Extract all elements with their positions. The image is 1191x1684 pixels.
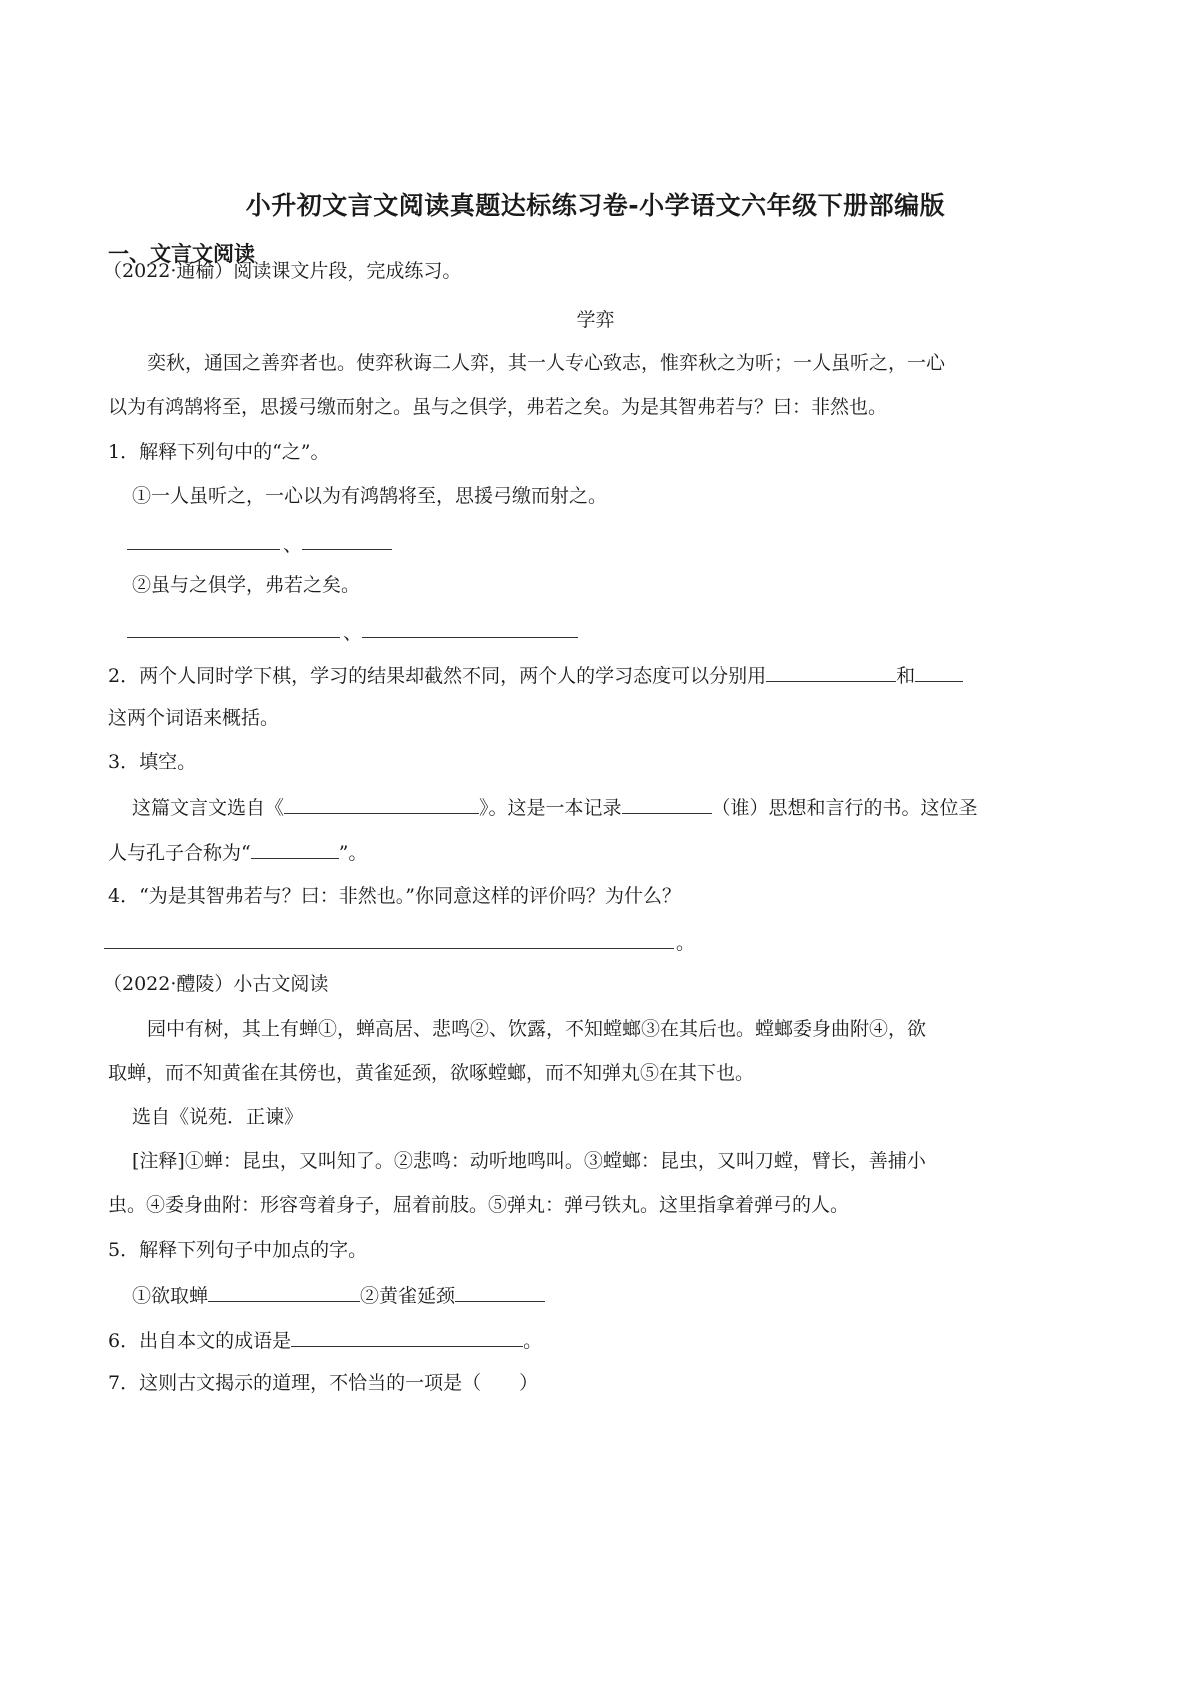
separator: 、 bbox=[343, 618, 362, 645]
question-4-stem: 4．“为是其智弗若与？曰：非然也。”你同意这样的评价吗？为什么？ bbox=[108, 883, 681, 909]
question-1-item-1: ①一人虽听之，一心以为有鸿鹄将至，思援弓缴而射之。 bbox=[132, 483, 607, 509]
question-5-stem: 5．解释下列句子中加点的字。 bbox=[108, 1237, 367, 1263]
passage1-source: （2022·通榆）阅读课文片段，完成练习。 bbox=[103, 258, 461, 284]
question-1-stem: 1．解释下列句中的“之”。 bbox=[108, 439, 330, 465]
question-6-stem: 6．出自本文的成语是。 bbox=[108, 1326, 542, 1354]
question-2-stem: 2．两个人同时学下棋，学习的结果却截然不同，两个人的学习态度可以分别用和 bbox=[108, 661, 963, 689]
passage2-notes-line: [注释]①蝉：昆虫，又叫知了。②悲鸣：动听地鸣叫。③螳螂：昆虫，又叫刀螳，臂长，… bbox=[132, 1148, 926, 1174]
question-5-items: ①欲取蝉②黄雀延颈 bbox=[132, 1281, 545, 1309]
answer-blank[interactable] bbox=[362, 637, 578, 638]
answer-blank[interactable] bbox=[208, 1281, 360, 1302]
question-3-fill-line: 这篇文言文选自《》。这是一本记录（谁）思想和言行的书。这位圣 bbox=[132, 793, 978, 821]
question-3-text: 这篇文言文选自《 bbox=[132, 797, 284, 819]
question-3-stem: 3．填空。 bbox=[108, 749, 196, 775]
answer-blank[interactable] bbox=[104, 948, 674, 949]
answer-blank[interactable] bbox=[251, 838, 339, 859]
answer-blank[interactable] bbox=[622, 793, 712, 814]
answer-blank[interactable] bbox=[127, 637, 340, 638]
question-2-stem-end: 这两个词语来概括。 bbox=[108, 705, 279, 731]
passage1-text-line: 以为有鸿鹄将至，思援弓缴而射之。虽与之俱学，弗若之矣。为是其智弗若与？曰：非然也… bbox=[108, 394, 887, 420]
answer-blank[interactable] bbox=[455, 1281, 545, 1302]
question-3-text: （谁）思想和言行的书。这位圣 bbox=[712, 797, 978, 819]
question-1-item-2: ②虽与之俱学，弗若之矣。 bbox=[132, 572, 360, 598]
question-3-fill-line-2: 人与孔子合称为“”。 bbox=[108, 838, 367, 866]
document-title: 小升初文言文阅读真题达标练习卷-小学语文六年级下册部编版 bbox=[0, 186, 1191, 222]
question-3-text: ”。 bbox=[339, 842, 368, 864]
passage1-heading: 学弈 bbox=[0, 307, 1191, 333]
answer-blank[interactable] bbox=[915, 661, 963, 682]
question-6-text: 6．出自本文的成语是 bbox=[108, 1330, 291, 1352]
answer-blank[interactable] bbox=[302, 549, 392, 550]
question-5-item-2: ②黄雀延颈 bbox=[360, 1285, 455, 1307]
question-3-text: 人与孔子合称为“ bbox=[108, 842, 251, 864]
question-4-end: 。 bbox=[676, 928, 695, 955]
worksheet-page: 小升初文言文阅读真题达标练习卷-小学语文六年级下册部编版 一、文言文阅读 （20… bbox=[0, 0, 1191, 1684]
question-2-text: 2．两个人同时学下棋，学习的结果却截然不同，两个人的学习态度可以分别用 bbox=[108, 665, 766, 687]
answer-blank[interactable] bbox=[127, 549, 280, 550]
passage2-source: （2022·醴陵）小古文阅读 bbox=[103, 971, 328, 997]
question-6-end: 。 bbox=[523, 1330, 542, 1352]
question-2-conj: 和 bbox=[896, 665, 915, 687]
separator: 、 bbox=[283, 530, 302, 557]
answer-blank[interactable] bbox=[766, 661, 896, 682]
answer-blank[interactable] bbox=[291, 1326, 523, 1347]
passage2-text-line: 取蝉，而不知黄雀在其傍也，黄雀延颈，欲啄螳螂，而不知弹丸⑤在其下也。 bbox=[108, 1060, 754, 1086]
passage2-notes-line: 虫。④委身曲附：形容弯着身子，屈着前肢。⑤弹丸：弹弓铁丸。这里指拿着弹弓的人。 bbox=[108, 1192, 849, 1218]
passage2-citation: 选自《说苑．正谏》 bbox=[132, 1104, 303, 1130]
question-5-item-1: ①欲取蝉 bbox=[132, 1285, 208, 1307]
question-3-text: 》。这是一本记录 bbox=[479, 797, 622, 819]
passage1-text-line: 奕秋，通国之善弈者也。使弈秋诲二人弈，其一人专心致志，惟弈秋之为听；一人虽听之，… bbox=[147, 350, 945, 376]
passage2-text-line: 园中有树，其上有蝉①，蝉高居、悲鸣②、饮露，不知螳螂③在其后也。螳螂委身曲附④，… bbox=[147, 1016, 926, 1042]
question-7-stem: 7．这则古文揭示的道理，不恰当的一项是（ ） bbox=[108, 1370, 538, 1396]
answer-blank[interactable] bbox=[284, 793, 479, 814]
